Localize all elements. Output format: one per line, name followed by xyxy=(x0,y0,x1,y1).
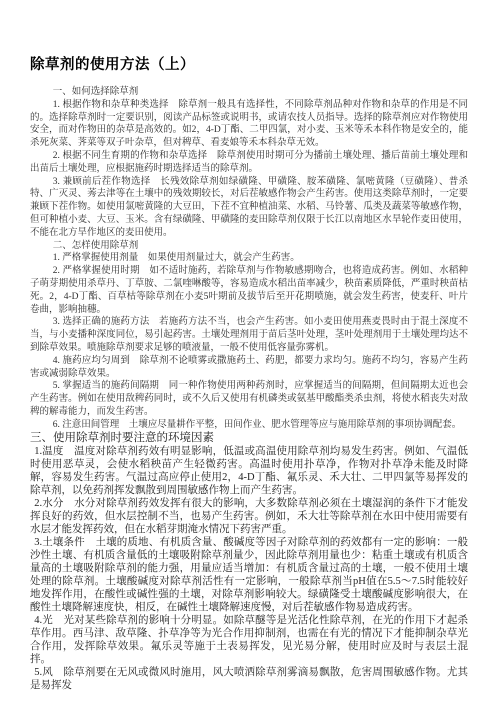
paragraph-2-5: 5. 掌握适当的施药间隔期 同一种作物使用两种药剂时，应掌握适当的间隔期，但间隔… xyxy=(30,380,468,418)
section-how-to-use: 二、怎样使用除草剂 1. 严格掌握使用剂量 如果使用剂量过大，就会产生药害。 2… xyxy=(30,240,468,432)
section-environment-factors: 三、使用除草剂时要注意的环境因素 1.温度 温度对除草剂药效有明显影响，低温或高… xyxy=(30,432,468,692)
paragraph-2-2: 2. 严格掌握使用时期 如不适时施药，若除草剂与作物敏感期吻合，也将造成药害。例… xyxy=(30,265,468,316)
paragraph-3-2: 2.水分 水分对除草剂药效发挥有很大的影响，大多数除草剂必须在土壤湿润的条件下才… xyxy=(30,497,468,536)
paragraph-2-1: 1. 严格掌握使用剂量 如果使用剂量过大，就会产生药害。 xyxy=(30,252,468,265)
paragraph-1-2: 2. 根据不同生育期的作物和杂草选择 除草剂使用时期可分为播前土壤处理、播后苗前… xyxy=(30,150,468,176)
paragraph-3-3: 3.土壤条件 土壤的质地、有机质含量、酸碱度等因子对除草剂的药效都有一定的影响：… xyxy=(30,536,468,614)
paragraph-2-4: 4. 施药应均匀周到 除草剂不论喷雾或撒施药土、药肥，都要力求均匀。施药不均匀，… xyxy=(30,355,468,381)
paragraph-1-3: 3. 兼顾前后茬作物选择 长残效除草剂如绿磺隆、甲磺隆、胺苯磺隆、氯嘧黄隆（豆磺… xyxy=(30,176,468,240)
paragraph-2-3: 3. 选择正确的施药方法 若施药方法不当，也会产生药害。如小麦田使用燕麦畏时由于… xyxy=(30,316,468,354)
section-3-heading: 三、使用除草剂时要注意的环境因素 xyxy=(30,432,468,445)
section-2-heading: 二、怎样使用除草剂 xyxy=(30,240,468,253)
section-1-heading: 一、如何选择除草剂 xyxy=(30,86,468,99)
section-how-to-choose: 一、如何选择除草剂 1. 根据作物和杂草种类选择 除草剂一般具有选择性，不同除草… xyxy=(30,86,468,240)
paragraph-3-1: 1.温度 温度对除草剂药效有明显影响，低温或高温使用除草剂均易发生药害。例如、气… xyxy=(30,445,468,497)
paragraph-2-6: 6. 注意田间管理 土壤应尽量耕作平整，田间作业、肥水管理等应与施用除草剂的事项… xyxy=(30,419,468,432)
paragraph-3-5: 5.风 除草剂要在无风或微风时施用，风大喷洒除草剂雾滴易飘散，危害周围敏感作物。… xyxy=(30,666,468,692)
page-title: 除草剂的使用方法（上） xyxy=(30,56,468,75)
document-page: 除草剂的使用方法（上） 一、如何选择除草剂 1. 根据作物和杂草种类选择 除草剂… xyxy=(0,0,496,702)
paragraph-1-1: 1. 根据作物和杂草种类选择 除草剂一般具有选择性，不同除草剂品种对作物和杂草的… xyxy=(30,99,468,150)
paragraph-3-4: 4.光 光对某些除草剂的影响十分明显。如除草醚等是光活化性除草剂，在光的作用下才… xyxy=(30,614,468,666)
